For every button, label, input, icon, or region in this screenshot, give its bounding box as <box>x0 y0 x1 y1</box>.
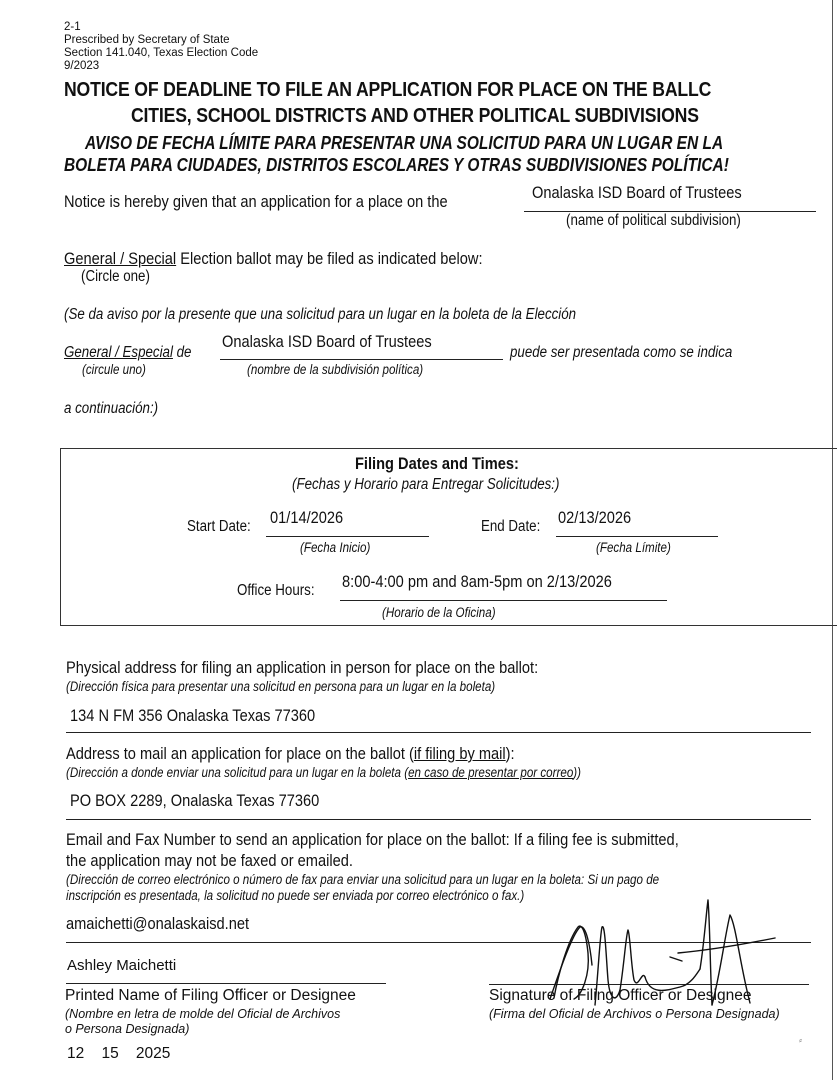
physical-address-field[interactable]: 134 N FM 356 Onalaska Texas 77360 <box>70 706 315 726</box>
end-date-caption: (Fecha Límite) <box>596 540 671 555</box>
mail-address-label: Address to mail an application for place… <box>66 744 515 764</box>
mail-address-underline <box>66 819 811 820</box>
email-label-line-2: the application may not be faxed or emai… <box>66 851 353 871</box>
signature-date: 12 15 2025 <box>67 1045 170 1059</box>
prescribed-by: Prescribed by Secretary of State <box>64 34 230 47</box>
election-type-es-options[interactable]: General / Especial <box>64 344 173 361</box>
title-es-line-2: BOLETA PARA CIUDADES, DISTRITOS ESCOLARE… <box>64 155 729 176</box>
subdivision-es-underline <box>220 359 503 360</box>
start-date-underline <box>266 536 429 537</box>
end-date-underline <box>556 536 718 537</box>
office-hours-caption: (Horario de la Oficina) <box>382 605 496 620</box>
subdivision-caption: (name of political subdivision) <box>566 212 741 230</box>
title-line-2: CITIES, SCHOOL DISTRICTS AND OTHER POLIT… <box>131 104 699 128</box>
end-date-label: End Date: <box>481 518 540 536</box>
email-label-es-line-2: inscripción es presentada, la solicitud … <box>66 888 524 903</box>
physical-address-label-es: (Dirección física para presentar una sol… <box>66 679 495 694</box>
notice-es-after: puede ser presentada como se indica <box>510 344 732 362</box>
code-section: Section 141.040, Texas Election Code <box>64 47 258 60</box>
start-date-caption: (Fecha Inicio) <box>300 540 370 555</box>
officer-name-label: Printed Name of Filing Officer or Design… <box>65 987 356 1005</box>
notice-intro: Notice is hereby given that an applicati… <box>64 192 448 212</box>
officer-name-underline <box>66 983 386 984</box>
subdivision-name-field[interactable]: Onalaska ISD Board of Trustees <box>532 183 742 203</box>
physical-address-label: Physical address for filing an applicati… <box>66 658 538 678</box>
form-number: 2-1 <box>64 21 81 34</box>
title-es-line-1: AVISO DE FECHA LÍMITE PARA PRESENTAR UNA… <box>85 133 723 154</box>
email-label-es-line-1: (Dirección de correo electrónico o númer… <box>66 872 659 887</box>
mail-address-label-es: (Dirección a donde enviar una solicitud … <box>66 765 581 780</box>
notice-es-intro: (Se da aviso por la presente que una sol… <box>64 306 576 324</box>
office-hours-field[interactable]: 8:00-4:00 pm and 8am-5pm on 2/13/2026 <box>342 572 612 592</box>
form-revision: 9/2023 <box>64 60 99 73</box>
subdivision-es-caption: (nombre de la subdivisión política) <box>247 362 423 377</box>
election-type-line: General / Special Election ballot may be… <box>64 249 483 269</box>
handwritten-signature-icon <box>530 895 800 1010</box>
start-date-field[interactable]: 01/14/2026 <box>270 508 343 528</box>
officer-name-label-es-1: (Nombre en letra de molde del Oficial de… <box>65 1007 340 1021</box>
election-type-es-line: General / Especial de <box>64 344 191 362</box>
subdivision-es-field[interactable]: Onalaska ISD Board of Trustees <box>222 332 432 352</box>
office-hours-label: Office Hours: <box>237 582 315 600</box>
email-label-line-1: Email and Fax Number to send an applicat… <box>66 830 679 850</box>
physical-address-underline <box>66 732 811 733</box>
notice-es-continuation: a continuación:) <box>64 400 158 418</box>
filing-heading: Filing Dates and Times: <box>355 454 519 474</box>
email-field[interactable]: amaichetti@onalaskaisd.net <box>66 914 249 934</box>
election-text: Election ballot may be filed as indicate… <box>176 249 482 268</box>
filing-heading-es: (Fechas y Horario para Entregar Solicitu… <box>292 476 559 494</box>
circle-one-caption: (Circle one) <box>81 268 150 286</box>
start-date-label: Start Date: <box>187 518 251 536</box>
circle-one-es-caption: (circule uno) <box>82 362 146 377</box>
officer-name-field[interactable]: Ashley Maichetti <box>67 957 176 974</box>
scan-artifact: ⸗ <box>799 1035 802 1045</box>
signature-mark[interactable] <box>530 895 800 1010</box>
title-line-1: NOTICE OF DEADLINE TO FILE AN APPLICATIO… <box>64 78 711 102</box>
office-hours-underline <box>340 600 667 601</box>
mail-address-field[interactable]: PO BOX 2289, Onalaska Texas 77360 <box>70 791 319 811</box>
end-date-field[interactable]: 02/13/2026 <box>558 508 631 528</box>
officer-name-label-es-2: o Persona Designada) <box>65 1022 189 1036</box>
election-type-options[interactable]: General / Special <box>64 249 176 268</box>
